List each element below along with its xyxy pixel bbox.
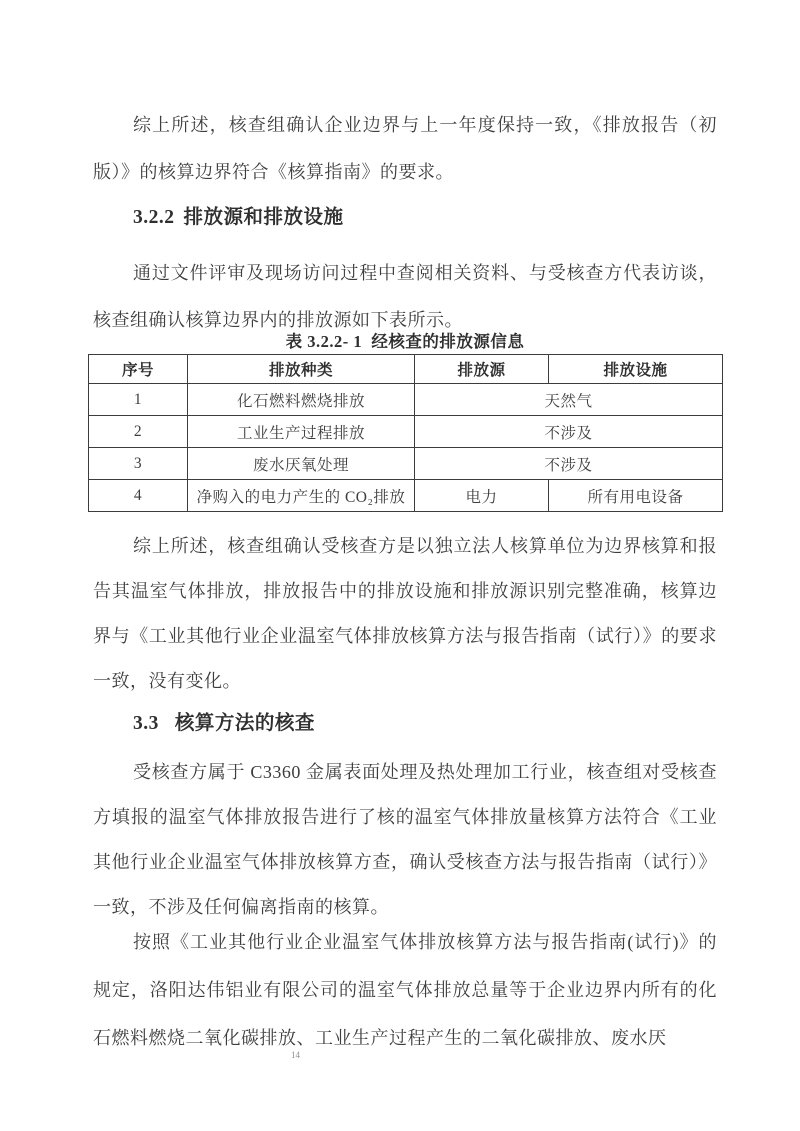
table-row: 2 工业生产过程排放 不涉及 xyxy=(89,416,723,448)
total-emission-rule-paragraph: 按照《工业其他行业企业温室气体排放核算方法与报告指南(试行)》的规定，洛阳达伟铝… xyxy=(93,918,717,1062)
section-3-2-2-number: 3.2.2 xyxy=(133,207,175,228)
cell-source-facility-merged: 不涉及 xyxy=(415,448,723,480)
cell-index: 3 xyxy=(89,448,188,480)
cell-index: 4 xyxy=(89,480,188,512)
section-3-2-2-title: 排放源和排放设施 xyxy=(184,207,344,228)
table-row: 1 化石燃料燃烧排放 天然气 xyxy=(89,384,723,416)
accounting-method-paragraph: 受核查方属于 C3360 金属表面处理及热处理加工行业，核查组对受核查方填报的温… xyxy=(93,750,717,930)
cell-category: 工业生产过程排放 xyxy=(188,416,415,448)
cell-category: 净购入的电力产生的 CO₂排放 xyxy=(188,480,415,512)
table-header-row: 序号 排放种类 排放源 排放设施 xyxy=(89,355,723,384)
cell-source: 电力 xyxy=(415,480,549,512)
boundary-verification-conclusion-paragraph: 综上所述，核查组确认受核查方是以独立法人核算单位为边界核算和报告其温室气体排放，… xyxy=(93,524,717,704)
table-row: 3 废水厌氧处理 不涉及 xyxy=(89,448,723,480)
cell-index: 1 xyxy=(89,384,188,416)
cell-facility: 所有用电设备 xyxy=(549,480,723,512)
col-header-source: 排放源 xyxy=(415,355,549,384)
col-header-index: 序号 xyxy=(89,355,188,384)
col-header-facility: 排放设施 xyxy=(549,355,723,384)
page-number: 14 xyxy=(291,1050,300,1060)
cell-index: 2 xyxy=(89,416,188,448)
boundary-conclusion-paragraph: 综上所述，核查组确认企业边界与上一年度保持一致，《排放报告（初版）》的核算边界符… xyxy=(93,102,717,196)
section-3-3-title: 核算方法的核查 xyxy=(175,713,315,734)
col-header-category: 排放种类 xyxy=(188,355,415,384)
table-row: 4 净购入的电力产生的 CO₂排放 电力 所有用电设备 xyxy=(89,480,723,512)
emission-sources-table: 序号 排放种类 排放源 排放设施 1 化石燃料燃烧排放 天然气 2 工业生产过程… xyxy=(88,354,723,512)
cell-category: 化石燃料燃烧排放 xyxy=(188,384,415,416)
report-page: 综上所述，核查组确认企业边界与上一年度保持一致，《排放报告（初版）》的核算边界符… xyxy=(0,0,800,1131)
cell-category: 废水厌氧处理 xyxy=(188,448,415,480)
cell-source-facility-merged: 天然气 xyxy=(415,384,723,416)
section-3-3-heading: 3.3核算方法的核查 xyxy=(133,710,717,737)
section-3-3-number: 3.3 xyxy=(133,713,159,734)
section-3-2-2-heading: 3.2.2排放源和排放设施 xyxy=(133,204,717,231)
cell-source-facility-merged: 不涉及 xyxy=(415,416,723,448)
